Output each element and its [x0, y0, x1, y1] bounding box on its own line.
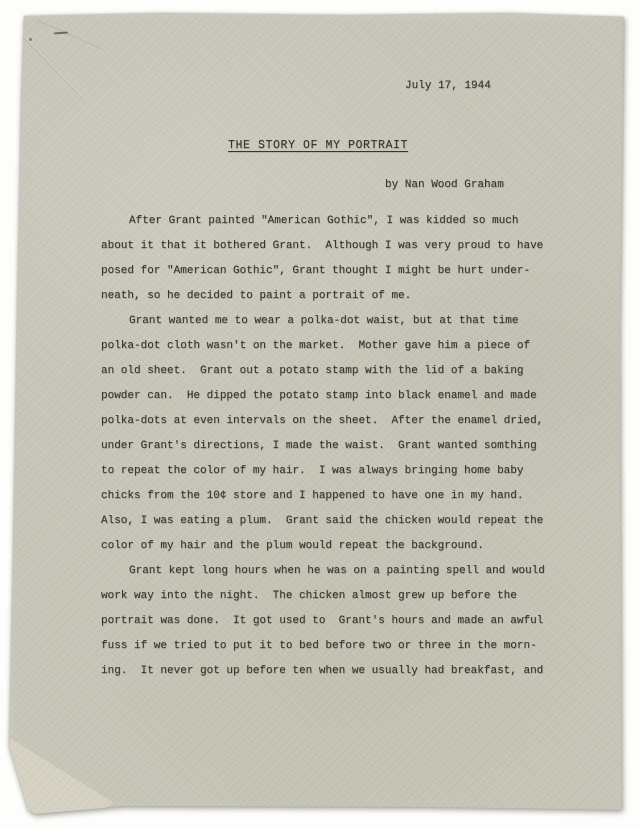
text-line: After Grant painted "American Gothic", I…	[101, 209, 571, 234]
text-line: color of my hair and the plum would repe…	[101, 534, 571, 559]
text-line: Also, I was eating a plum. Grant said th…	[101, 509, 571, 534]
text-line: polka-dot cloth wasn't on the market. Mo…	[101, 334, 571, 359]
scanned-page: July 17, 1944 THE STORY OF MY PORTRAIT b…	[0, 0, 640, 829]
text-line: ing. It never got up before ten when we …	[101, 659, 571, 684]
document-byline: by Nan Wood Graham	[385, 179, 504, 191]
paper-surface: July 17, 1944 THE STORY OF MY PORTRAIT b…	[8, 12, 630, 816]
text-line: to repeat the color of my hair. I was al…	[101, 459, 571, 484]
text-line: work way into the night. The chicken alm…	[101, 584, 571, 609]
text-line: portrait was done. It got used to Grant'…	[101, 609, 571, 634]
text-line: chicks from the 10¢ store and I happened…	[101, 484, 571, 509]
paragraph: After Grant painted "American Gothic", I…	[101, 209, 571, 309]
document-date: July 17, 1944	[405, 80, 491, 92]
text-line: neath, so he decided to paint a portrait…	[101, 284, 571, 309]
text-line: powder can. He dipped the potato stamp i…	[101, 384, 571, 409]
document-title: THE STORY OF MY PORTRAIT	[228, 139, 408, 152]
text-line: Grant wanted me to wear a polka-dot wais…	[101, 309, 571, 334]
paragraph: Grant kept long hours when he was on a p…	[101, 559, 571, 684]
text-line: an old sheet. Grant out a potato stamp w…	[101, 359, 571, 384]
paper-sheet: July 17, 1944 THE STORY OF MY PORTRAIT b…	[8, 12, 630, 816]
text-line: about it that it bothered Grant. Althoug…	[101, 234, 571, 259]
text-line: fuss if we tried to put it to bed before…	[101, 634, 571, 659]
text-line: under Grant's directions, I made the wai…	[101, 434, 571, 459]
paragraph: Grant wanted me to wear a polka-dot wais…	[101, 309, 571, 559]
text-line: Grant kept long hours when he was on a p…	[101, 559, 571, 584]
typewritten-content: July 17, 1944 THE STORY OF MY PORTRAIT b…	[8, 12, 630, 816]
text-line: polka-dots at even intervals on the shee…	[101, 409, 571, 434]
text-line: posed for "American Gothic", Grant thoug…	[101, 259, 571, 284]
document-body: After Grant painted "American Gothic", I…	[101, 209, 571, 684]
